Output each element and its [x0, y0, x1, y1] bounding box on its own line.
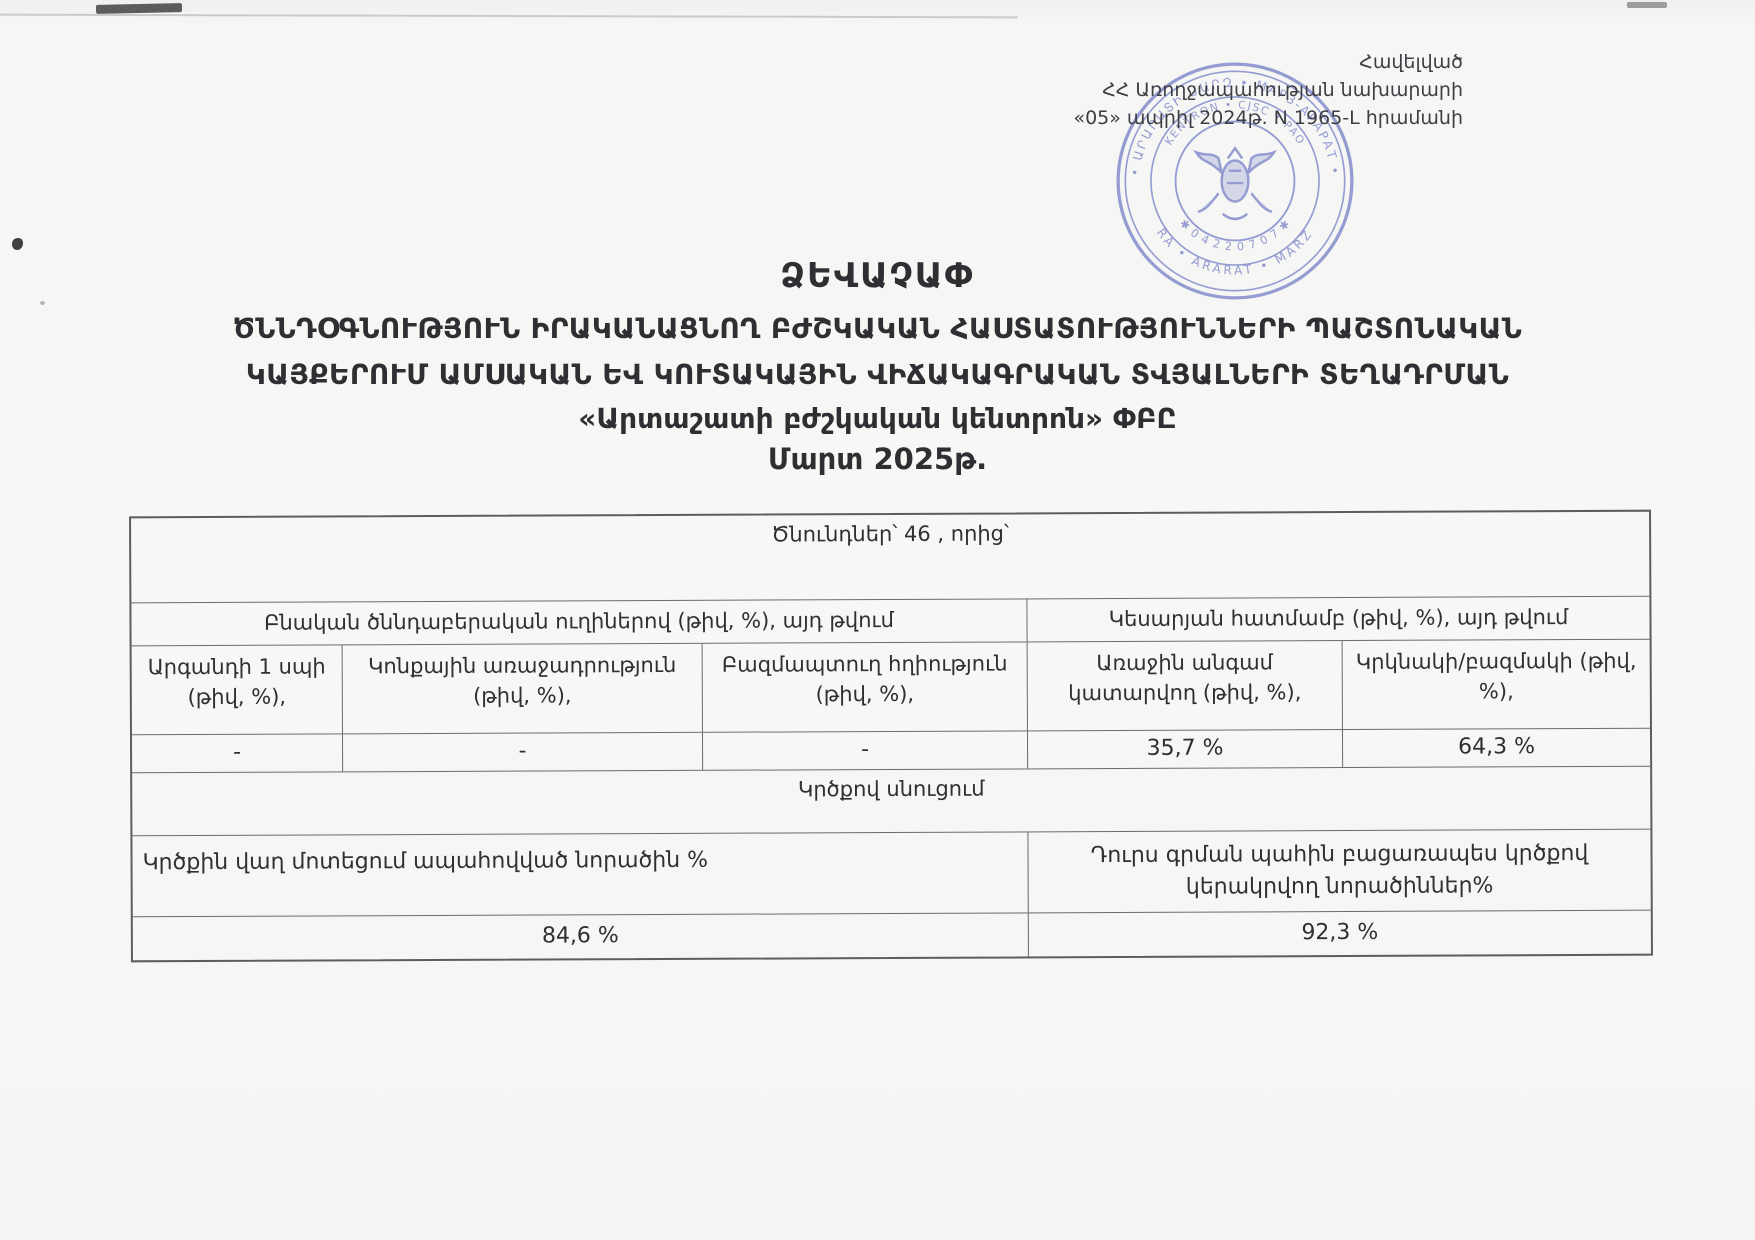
- column-header-multiple-pregnancy: Բազմապտուղ հղիություն (թիվ, %),: [702, 642, 1027, 731]
- section-header-natural-delivery: Բնական ծննդաբերական ուղիներով (թիվ, %), …: [131, 599, 1026, 645]
- section-header-row: Բնական ծննդաբերական ուղիներով (թիվ, %), …: [131, 596, 1649, 646]
- svg-text:✱ 0 4 2 2 0 7 0 7 ✱: ✱ 0 4 2 2 0 7 0 7 ✱: [1177, 217, 1293, 254]
- report-month: Մարտ 2025թ.: [0, 442, 1755, 476]
- seal-serial-number: ✱ 0 4 2 2 0 7 0 7 ✱: [1177, 217, 1293, 254]
- value-multiple-pregnancy: -: [702, 731, 1027, 769]
- column-header-uterine-scar: Արգանդի 1 սպի (թիվ, %),: [132, 645, 342, 734]
- breastfeeding-header-row: Կրծքին վաղ մոտեցում ապահովված նորածին % …: [132, 829, 1650, 917]
- annex-line-3: «05» ապրիլ 2024թ. N 1965-L հրամանի: [1073, 104, 1463, 132]
- breastfeeding-values-row: 84,6 % 92,3 %: [133, 910, 1651, 961]
- annex-line-2: ՀՀ Առողջապահության նախարարի: [1073, 76, 1463, 104]
- breastfeeding-section-title: Կրծքով սնուցում: [132, 767, 1650, 836]
- facility-name: «Արտաշատի բժշկական կենտրոն» ՓԲԸ: [0, 402, 1755, 435]
- column-header-breech: Կոնքային առաջադրություն (թիվ, %),: [342, 644, 702, 734]
- early-attachment-label: Կրծքին վաղ մոտեցում ապահովված նորածին %: [132, 832, 1027, 916]
- early-attachment-value: 84,6 %: [133, 913, 1028, 960]
- breastfeeding-section-row: Կրծքով սնուցում: [132, 766, 1650, 836]
- births-total-cell: Ծնունդներ՝ 46 , որից՝: [131, 512, 1649, 603]
- scan-artifact-dash-right: [1627, 2, 1667, 8]
- title-block: ՁԵՎԱՉԱՓ ԾՆՆԴՕԳՆՈՒԹՅՈՒՆ ԻՐԱԿԱՆԱՑՆՈՂ ԲԺՇԿԱ…: [0, 256, 1755, 476]
- scan-artifact-dash: [96, 3, 182, 14]
- document-title-line-1: ԾՆՆԴՕԳՆՈՒԹՅՈՒՆ ԻՐԱԿԱՆԱՑՆՈՂ ԲԺՇԿԱԿԱՆ ՀԱՍՏ…: [0, 312, 1755, 345]
- document-title-line-2: ԿԱՅՔԵՐՈՒՄ ԱՄՍԱԿԱՆ ԵՎ ԿՈՒՏԱԿԱՅԻՆ ՎԻՃԱԿԱԳՐ…: [0, 358, 1755, 391]
- statistics-table: Ծնունդներ՝ 46 , որից՝ Բնական ծննդաբերակա…: [129, 510, 1653, 963]
- values-row: - - - 35,7 % 64,3 %: [132, 728, 1650, 773]
- column-header-first-time: Առաջին անգամ կատարվող (թիվ, %),: [1027, 641, 1342, 730]
- value-first-time-cesarean: 35,7 %: [1027, 730, 1342, 768]
- exclusive-breastfeeding-label: Դուրս գրման պահին բացառապես կրծքով կերակ…: [1027, 830, 1650, 913]
- form-title: ՁԵՎԱՉԱՓ: [0, 256, 1755, 296]
- column-header-repeat: Կրկնակի/բազմակի (թիվ, %),: [1342, 640, 1650, 729]
- value-breech: -: [342, 733, 702, 772]
- annex-reference: Հավելված ՀՀ Առողջապահության նախարարի «05…: [1073, 48, 1463, 132]
- seal-coat-of-arms: [1196, 148, 1274, 219]
- exclusive-breastfeeding-value: 92,3 %: [1028, 911, 1651, 957]
- value-uterine-scar: -: [132, 734, 342, 772]
- scan-artifact-speck: [12, 238, 23, 250]
- column-header-row: Արգանդի 1 սպի (թիվ, %), Կոնքային առաջադր…: [132, 639, 1650, 735]
- annex-line-1: Հավելված: [1073, 48, 1463, 76]
- section-header-cesarean: Կեսարյան հատմամբ (թիվ, %), այդ թվում: [1026, 597, 1649, 642]
- scan-edge-line: [0, 14, 1018, 19]
- scanned-document-page: Հավելված ՀՀ Առողջապահության նախարարի «05…: [0, 0, 1755, 1240]
- value-repeat-cesarean: 64,3 %: [1342, 729, 1650, 767]
- births-total-row: Ծնունդներ՝ 46 , որից՝: [131, 512, 1649, 603]
